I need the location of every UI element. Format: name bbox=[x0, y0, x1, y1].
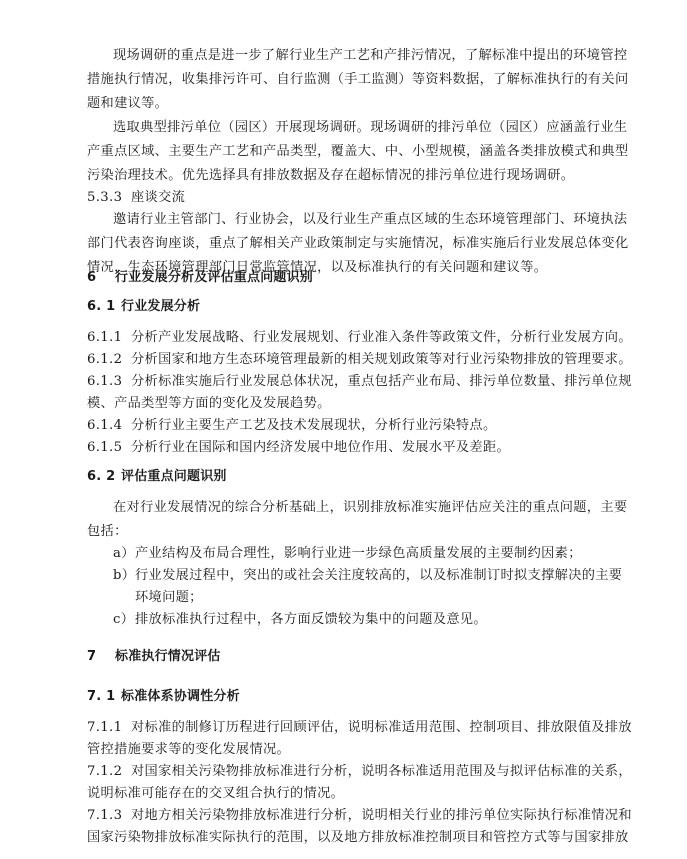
clause-number: 6.1.1 bbox=[87, 327, 131, 349]
paragraph-field-survey-focus: 现场调研的重点是进一步了解行业生产工艺和产排污情况，了解标准中提出的环境管控 bbox=[113, 45, 627, 67]
paragraph-key-issues: 在对行业发展情况的综合分析基础上，识别排放标准实施评估应关注的重点问题，主要 bbox=[113, 497, 627, 519]
section-title: 标准体系协调性分析 bbox=[121, 689, 240, 704]
list-item-text: 排放标准执行过程中，各方面反馈较为集中的问题及意见。 bbox=[135, 612, 487, 627]
clause-text: 说明标准可能存在的交叉组合执行的情况。 bbox=[87, 786, 344, 801]
text-line: 部门代表咨询座谈，重点了解相关产业政策制定与实施情况，标准实施后行业发展总体变化 bbox=[87, 233, 629, 255]
section-title: 行业发展分析 bbox=[121, 299, 200, 314]
list-marker: b） bbox=[113, 565, 135, 587]
text-line: 污染治理技术。优先选择具有排放数据及存在超标情况的排污单位进行现场调研。 bbox=[87, 168, 574, 183]
text-line: 模、产品类型等方面的变化及发展趋势。 bbox=[87, 393, 331, 415]
section-heading-6: 6行业发展分析及评估重点问题识别 bbox=[87, 267, 313, 289]
section-number: 5.3.3 bbox=[87, 187, 131, 209]
clause-text: 对国家相关污染物排放标准进行分析，说明各标准适用范围及与拟评估标准的关系， bbox=[131, 764, 632, 779]
clause-text: 分析产业发展战略、行业发展规划、行业准入条件等政策文件，分析行业发展方向。 bbox=[131, 330, 632, 345]
section-number: 6. 2 bbox=[87, 466, 121, 488]
clause-6-1-2: 6.1.2分析国家和地方生态环境管理最新的相关规划政策等对行业污染物排放的管理要… bbox=[87, 349, 632, 371]
clause-text: 分析国家和地方生态环境管理最新的相关规划政策等对行业污染物排放的管理要求。 bbox=[131, 352, 632, 367]
clause-text: 国家污染物排放标准实际执行的范围，以及地方排放标准控制项目和管控方式等与国家排放 bbox=[87, 830, 629, 845]
section-heading-6-2: 6. 2评估重点问题识别 bbox=[87, 466, 227, 488]
clause-text: 管控措施要求等的变化发展情况。 bbox=[87, 742, 290, 757]
text-line: 管控措施要求等的变化发展情况。 bbox=[87, 739, 290, 761]
section-heading-6-1: 6. 1行业发展分析 bbox=[87, 296, 200, 318]
text-line: 环境问题； bbox=[135, 587, 203, 609]
text-line: 国家污染物排放标准实际执行的范围，以及地方排放标准控制项目和管控方式等与国家排放 bbox=[87, 827, 629, 849]
section-title: 行业发展分析及评估重点问题识别 bbox=[115, 270, 313, 285]
paragraph-typical-units: 选取典型排污单位（园区）开展现场调研。现场调研的排污单位（园区）应涵盖行业生 bbox=[113, 117, 627, 139]
clause-number: 7.1.3 bbox=[87, 805, 131, 827]
section-number: 7 bbox=[87, 646, 115, 668]
text-line: 选取典型排污单位（园区）开展现场调研。现场调研的排污单位（园区）应涵盖行业生 bbox=[113, 120, 627, 135]
clause-text: 对地方相关污染物排放标准进行分析，说明相关行业的排污单位实际执行标准情况和 bbox=[131, 808, 632, 823]
text-line: 产重点区域、主要生产工艺和产品类型，覆盖大、中、小型规模，涵盖各类排放模式和典型 bbox=[87, 141, 629, 163]
text-line: 题和建议等。 bbox=[87, 96, 168, 111]
text-line: 部门代表咨询座谈，重点了解相关产业政策制定与实施情况，标准实施后行业发展总体变化 bbox=[87, 236, 629, 251]
section-title: 座谈交流 bbox=[131, 190, 185, 205]
section-title: 标准执行情况评估 bbox=[115, 649, 221, 664]
subsection-heading-5-3-3: 5.3.3座谈交流 bbox=[87, 187, 185, 209]
text-line: 产重点区域、主要生产工艺和产品类型，覆盖大、中、小型规模，涵盖各类排放模式和典型 bbox=[87, 144, 629, 159]
clause-6-1-3: 6.1.3分析标准实施后行业发展总体状况，重点包括产业布局、排污单位数量、排污单… bbox=[87, 371, 632, 393]
section-title: 评估重点问题识别 bbox=[121, 469, 227, 484]
clause-text: 对标准的制修订历程进行回顾评估，说明标准适用范围、控制项目、排放限值及排放 bbox=[131, 720, 632, 735]
text-line: 污染治理技术。优先选择具有排放数据及存在超标情况的排污单位进行现场调研。 bbox=[87, 165, 574, 187]
clause-7-1-3: 7.1.3对地方相关污染物排放标准进行分析，说明相关行业的排污单位实际执行标准情… bbox=[87, 805, 632, 827]
list-item-c: c）排放标准执行过程中，各方面反馈较为集中的问题及意见。 bbox=[113, 609, 487, 631]
section-number: 7. 1 bbox=[87, 686, 121, 708]
list-marker: a） bbox=[113, 543, 135, 565]
list-item-text: 产业结构及布局合理性，影响行业进一步绿色高质量发展的主要制约因素； bbox=[135, 546, 582, 561]
clause-number: 7.1.2 bbox=[87, 761, 131, 783]
clause-number: 6.1.4 bbox=[87, 415, 131, 437]
clause-text: 分析标准实施后行业发展总体状况，重点包括产业布局、排污单位数量、排污单位规 bbox=[131, 374, 632, 389]
clause-7-1-1: 7.1.1对标准的制修订历程进行回顾评估，说明标准适用范围、控制项目、排放限值及… bbox=[87, 717, 632, 739]
clause-number: 7.1.1 bbox=[87, 717, 131, 739]
clause-6-1-1: 6.1.1分析产业发展战略、行业发展规划、行业准入条件等政策文件，分析行业发展方… bbox=[87, 327, 632, 349]
clause-text: 分析行业主要生产工艺及技术发展现状，分析行业污染特点。 bbox=[131, 418, 497, 433]
list-item-a: a）产业结构及布局合理性，影响行业进一步绿色高质量发展的主要制约因素； bbox=[113, 543, 582, 565]
text-line: 措施执行情况，收集排污许可、自行监测（手工监测）等资料数据，了解标准执行的有关问 bbox=[87, 69, 629, 91]
section-number: 6 bbox=[87, 267, 115, 289]
clause-text: 分析行业在国际和国内经济发展中地位作用、发展水平及差距。 bbox=[131, 440, 510, 455]
clause-text: 模、产品类型等方面的变化及发展趋势。 bbox=[87, 396, 331, 411]
clause-6-1-5: 6.1.5分析行业在国际和国内经济发展中地位作用、发展水平及差距。 bbox=[87, 437, 510, 459]
section-number: 6. 1 bbox=[87, 296, 121, 318]
list-item-text: 行业发展过程中，突出的或社会关注度较高的，以及标准制订时拟支撑解决的主要 bbox=[135, 568, 622, 583]
text-line: 邀请行业主管部门、行业协会，以及行业生产重点区域的生态环境管理部门、环境执法 bbox=[113, 212, 627, 227]
clause-number: 6.1.5 bbox=[87, 437, 131, 459]
text-line: 题和建议等。 bbox=[87, 93, 168, 115]
list-item-text: 环境问题； bbox=[135, 590, 203, 605]
text-line: 措施执行情况，收集排污许可、自行监测（手工监测）等资料数据，了解标准执行的有关问 bbox=[87, 72, 629, 87]
list-item-b: b）行业发展过程中，突出的或社会关注度较高的，以及标准制订时拟支撑解决的主要 bbox=[113, 565, 622, 587]
clause-number: 6.1.3 bbox=[87, 371, 131, 393]
clause-7-1-2: 7.1.2对国家相关污染物排放标准进行分析，说明各标准适用范围及与拟评估标准的关… bbox=[87, 761, 632, 783]
clause-number: 6.1.2 bbox=[87, 349, 131, 371]
text-line: 包括： bbox=[87, 521, 128, 543]
text-line: 现场调研的重点是进一步了解行业生产工艺和产排污情况，了解标准中提出的环境管控 bbox=[113, 48, 627, 63]
text-line: 说明标准可能存在的交叉组合执行的情况。 bbox=[87, 783, 344, 805]
clause-6-1-4: 6.1.4分析行业主要生产工艺及技术发展现状，分析行业污染特点。 bbox=[87, 415, 497, 437]
section-heading-7: 7标准执行情况评估 bbox=[87, 646, 221, 668]
text-line: 包括： bbox=[87, 524, 128, 539]
list-marker: c） bbox=[113, 609, 135, 631]
section-heading-7-1: 7. 1标准体系协调性分析 bbox=[87, 686, 240, 708]
text-line: 在对行业发展情况的综合分析基础上，识别排放标准实施评估应关注的重点问题，主要 bbox=[113, 500, 627, 515]
paragraph-symposium: 邀请行业主管部门、行业协会，以及行业生产重点区域的生态环境管理部门、环境执法 bbox=[113, 209, 627, 231]
